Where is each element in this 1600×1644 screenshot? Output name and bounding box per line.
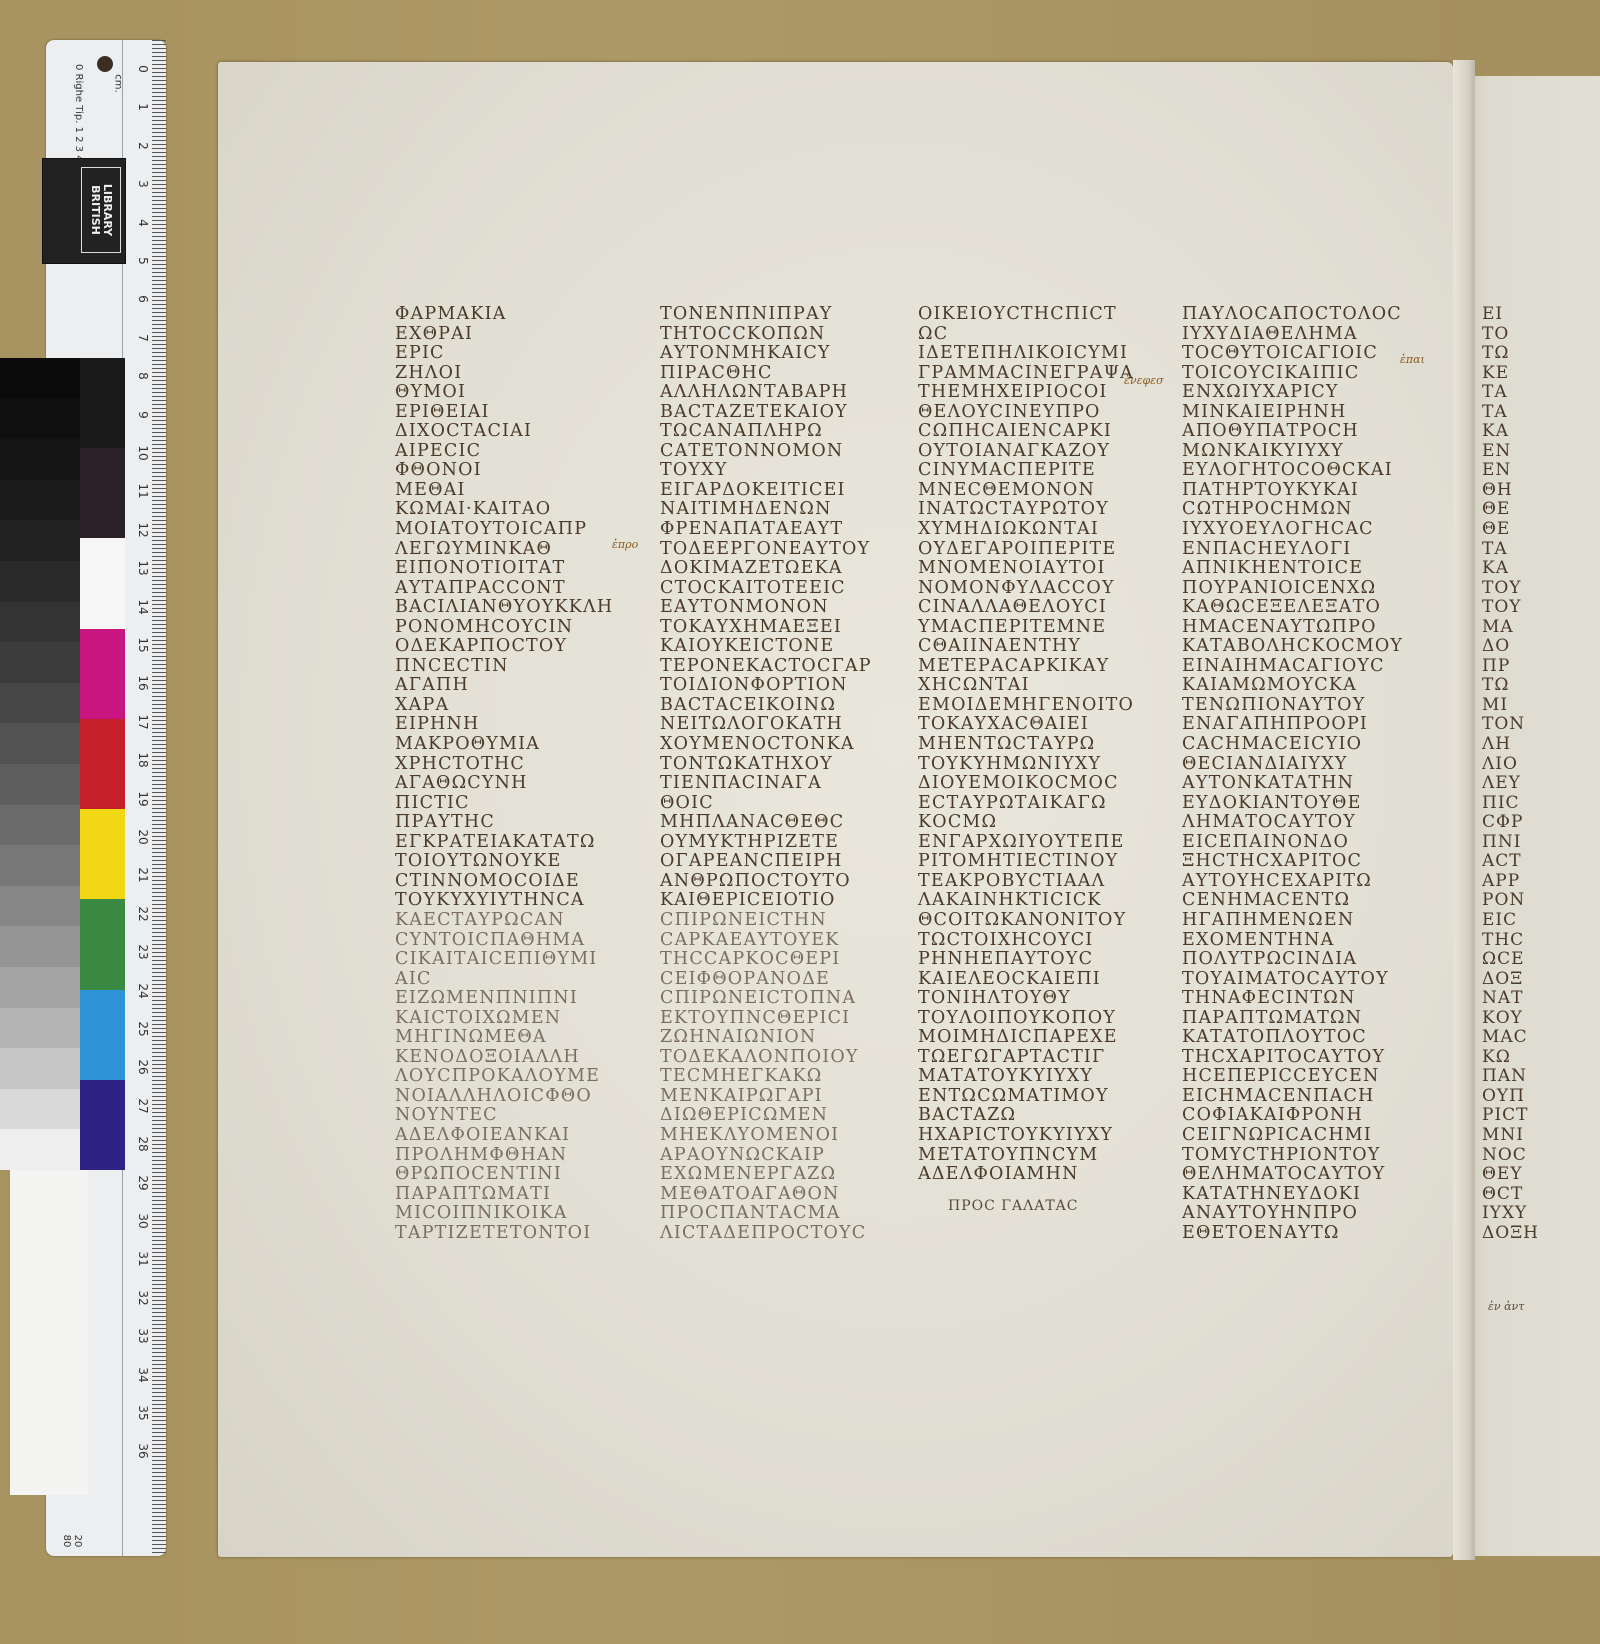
ruler-cm-tick: 36 (136, 1439, 150, 1463)
manuscript-line: ΚΑΤΑΤΟΠΛΟΥΤΟϹ (1182, 1028, 1403, 1048)
gray-step (0, 1008, 80, 1049)
manuscript-line: ΤΗϹϹΑΡΚΟϹΘΕΡΙ (660, 950, 872, 970)
adjacent-folio-line: ΑϹΤ (1482, 852, 1600, 872)
british-library-label: LIBRARYBRITISH (42, 158, 126, 264)
color-patch-cyan (80, 990, 125, 1080)
manuscript-line: ΕΙΖΩΜΕΝΠΝΙΠΝΙ (395, 989, 613, 1009)
ruler-hole (97, 56, 113, 72)
manuscript-line: ΤΟΥΧΥ (660, 461, 872, 481)
manuscript-line: ΜΑΤΑΤΟΥΚΥΙΥΧΥ (918, 1067, 1134, 1087)
ruler-cm-tick: 29 (136, 1171, 150, 1195)
margin-note-3: ἐπαι (1400, 353, 1425, 366)
manuscript-line: ΠΙϹΤΙϹ (395, 794, 613, 814)
adjacent-folio-line: ΘΗ (1482, 481, 1600, 501)
manuscript-line: ΠΑΡΑΠΤΩΜΑΤΙ (395, 1185, 613, 1205)
manuscript-line: ΚΟϹΜΩ (918, 813, 1134, 833)
manuscript-line: ΧΡΗϹΤΟΤΗϹ (395, 755, 613, 775)
adjacent-folio-text: ΕΙΤΟΤΩΚΕΤΑΤΑΚΑΕΝΕΝΘΗΘΕΘΕΤΑΚΑΤΟΥΤΟΥΜΑΔΟΠΡ… (1482, 305, 1600, 1243)
manuscript-line: ΤΕΝΩΠΙΟΝΑΥΤΟΥ (1182, 696, 1403, 716)
ruler-cm-tick: 22 (136, 902, 150, 926)
manuscript-line: ΕΧΘΡΑΙ (395, 325, 613, 345)
manuscript-line: ΜΗΕΝΤΩϹΤΑΥΡΩ (918, 735, 1134, 755)
manuscript-line: ΓΡΑΜΜΑϹΙΝΕΓΡΑΨΑ (918, 364, 1134, 384)
manuscript-line: ϹΘΑΙΙΝΑΕΝΤΗΥ (918, 637, 1134, 657)
ruler-cm-tick: 15 (136, 633, 150, 657)
adjacent-folio-line: ΔΟ (1482, 637, 1600, 657)
manuscript-line: ΚΑΤΑΒΟΛΗϹΚΟϹΜΟΥ (1182, 637, 1403, 657)
manuscript-line: ΤΕϹΜΗΕΓΚΑΚΩ (660, 1067, 872, 1087)
manuscript-line: ΠΙΡΑϹΘΗϹ (660, 364, 872, 384)
manuscript-line: ΕΑΥΤΟΝΜΟΝΟΝ (660, 598, 872, 618)
manuscript-line: ΕΙΡΗΝΗ (395, 715, 613, 735)
adjacent-folio-line: ΤΑ (1482, 403, 1600, 423)
manuscript-line: ΔΙΩΘΕΡΙϹΩΜΕΝ (660, 1106, 872, 1126)
manuscript-line: ΒΑϹΤΑΖΕΤΕΚΑΙΟΥ (660, 403, 872, 423)
manuscript-line: ϹΩΤΗΡΟϹΗΜΩΝ (1182, 500, 1403, 520)
manuscript-line: ΚΑΙΑΜΩΜΟΥϹΚΑ (1182, 676, 1403, 696)
manuscript-line: ΠΡΟΛΗΜΦΘΗΑΝ (395, 1146, 613, 1166)
white-card-strip (10, 1170, 88, 1495)
gray-step (0, 480, 80, 521)
adjacent-folio-line: ΤΩ (1482, 676, 1600, 696)
manuscript-line: ΕΘΕΤΟΕΝΑΥΤΩ (1182, 1224, 1403, 1244)
manuscript-line: ΕΙΝΑΙΗΜΑϹΑΓΙΟΥϹ (1182, 657, 1403, 677)
color-patch-magenta (80, 629, 125, 719)
manuscript-line: ΙΥΧΥΟΕΥΛΟΓΗϹΑϹ (1182, 520, 1403, 540)
manuscript-line: ΠΡΑΥΤΗϹ (395, 813, 613, 833)
manuscript-line: ΒΑϹΤΑΖΩ (918, 1106, 1134, 1126)
manuscript-line: ϹΤΙΝΝΟΜΟϹΟΙΔΕ (395, 872, 613, 892)
manuscript-line: ΗΧΑΡΙϹΤΟΥΚΥΙΥΧΥ (918, 1126, 1134, 1146)
manuscript-line: ΧΥΜΗΔΙΩΚΩΝΤΑΙ (918, 520, 1134, 540)
manuscript-line: ϹΙΝΥΜΑϹΠΕΡΙΤΕ (918, 461, 1134, 481)
manuscript-line: ΑΔΕΛΦΟΙΕΑΝΚΑΙ (395, 1126, 613, 1146)
color-patch-white (80, 538, 125, 628)
ruler-cm-tick: 3 (136, 172, 150, 196)
manuscript-line: ΕΙϹΗΜΑϹΕΝΠΑϹΗ (1182, 1087, 1403, 1107)
manuscript-line: ΚΕΝΟΔΟΞΟΙΑΛΛΗ (395, 1048, 613, 1068)
adjacent-folio-line: ΚΕ (1482, 364, 1600, 384)
adjacent-folio-line: ΡΟΝ (1482, 891, 1600, 911)
adjacent-folio-line: ΔΟΞ (1482, 970, 1600, 990)
manuscript-line: ΑΥΤΟΝΚΑΤΑΤΗΝ (1182, 774, 1403, 794)
manuscript-line: ΠΟΛΥΤΡΩϹΙΝΔΙΑ (1182, 950, 1403, 970)
adjacent-folio-line: ΔΟΞΗ (1482, 1224, 1600, 1244)
manuscript-line: ΝΟΜΟΝΦΥΛΑϹϹΟΥ (918, 579, 1134, 599)
manuscript-line: ΘΥΜΟΙ (395, 383, 613, 403)
ruler-cm-tick: 7 (136, 326, 150, 350)
adjacent-folio-line: ΘΕΥ (1482, 1165, 1600, 1185)
margin-note-1: ἐπρο (612, 538, 638, 551)
gray-step (0, 602, 80, 643)
manuscript-line: ΑΥΤΟΥΗϹΕΧΑΡΙΤΩ (1182, 872, 1403, 892)
adjacent-folio-line: ΕΝ (1482, 442, 1600, 462)
manuscript-line: ΗΓΑΠΗΜΕΝΩΕΝ (1182, 911, 1403, 931)
gray-step (0, 805, 80, 846)
adjacent-folio-line: ΩϹΕ (1482, 950, 1600, 970)
gray-step (0, 520, 80, 561)
color-patch-black (80, 358, 125, 448)
ruler-small-scale-label: 0 Righe Tip. 1 2 3 4 (73, 64, 84, 162)
manuscript-line: ΤΩΕΓΩΓΑΡΤΑϹΤΙΓ (918, 1048, 1134, 1068)
manuscript-line: ΑΙΡΕϹΙϹ (395, 442, 613, 462)
adjacent-folio-line: ΛΙΟ (1482, 755, 1600, 775)
manuscript-line: ΡΗΝΗΕΠΑΥΤΟΥϹ (918, 950, 1134, 970)
adjacent-folio-line: ΟΥΠ (1482, 1087, 1600, 1107)
manuscript-line: ΜΕΝΚΑΙΡΩΓΑΡΙ (660, 1087, 872, 1107)
manuscript-line: ΜΗΠΛΑΝΑϹΘΕΘϹ (660, 813, 872, 833)
manuscript-line: ΕΙϹΕΠΑΙΝΟΝΔΟ (1182, 833, 1403, 853)
gray-step (0, 723, 80, 764)
color-calibration-target (0, 358, 125, 1170)
manuscript-line: ΑΝΑΥΤΟΥΗΝΠΡΟ (1182, 1204, 1403, 1224)
manuscript-line: ΤΟΥΚΥΗΜΩΝΙΥΧΥ (918, 755, 1134, 775)
ruler-cm-tick: 24 (136, 979, 150, 1003)
ruler-cm-tick: 2 (136, 134, 150, 158)
gray-step (0, 926, 80, 967)
manuscript-line: ΜΙϹΟΙΠΝΙΚΟΙΚΑ (395, 1204, 613, 1224)
gray-step (0, 886, 80, 927)
manuscript-line: ΦΑΡΜΑΚΙΑ (395, 305, 613, 325)
ruler-cm-tick: 1 (136, 95, 150, 119)
manuscript-line: ΕΝΑΓΑΠΗΠΡΟΟΡΙ (1182, 715, 1403, 735)
manuscript-line: ΡΟΝΟΜΗϹΟΥϹΙΝ (395, 618, 613, 638)
manuscript-line: ΛΗΜΑΤΟϹΑΥΤΟΥ (1182, 813, 1403, 833)
manuscript-line: ΤΟΜΥϹΤΗΡΙΟΝΤΟΥ (1182, 1146, 1403, 1166)
manuscript-line: ϹΩΠΗϹΑΙΕΝϹΑΡΚΙ (918, 422, 1134, 442)
manuscript-line: ΤΟΝΕΝΠΝΙΠΡΑΥ (660, 305, 872, 325)
adjacent-folio-line: ΤΟΥ (1482, 598, 1600, 618)
manuscript-line: ΔΟΚΙΜΑΖΕΤΩΕΚΑ (660, 559, 872, 579)
manuscript-line: ΩϹ (918, 325, 1134, 345)
manuscript-line: ΜΗΕΚΛΥΟΜΕΝΟΙ (660, 1126, 872, 1146)
manuscript-line: ΤΕΡΟΝΕΚΑϹΤΟϹΓΑΡ (660, 657, 872, 677)
adjacent-folio-line: ΠΑΝ (1482, 1067, 1600, 1087)
manuscript-line: ΤΟΙΔΙΟΝΦΟΡΤΙΟΝ (660, 676, 872, 696)
manuscript-line: ΜΟΙΑΤΟΥΤΟΙϹΑΠΡ (395, 520, 613, 540)
manuscript-line: ΤΟΚΑΥΧΗΜΑΕΞΕΙ (660, 618, 872, 638)
manuscript-line: ΜΕΤΕΡΑϹΑΡΚΙΚΑΥ (918, 657, 1134, 677)
manuscript-line: ΤΙΕΝΠΑϹΙΝΑΓΑ (660, 774, 872, 794)
manuscript-line: ΙΝΑΤΩϹΤΑΥΡΩΤΟΥ (918, 500, 1134, 520)
ruler-cm-tick: 19 (136, 787, 150, 811)
manuscript-line: ΕΙΠΟΝΟΤΙΟΙΤΑΤ (395, 559, 613, 579)
manuscript-line: ΒΑϹΙΛΙΑΝΘΥΟΥΚΚΛΗ (395, 598, 613, 618)
manuscript-line: ΑΠΝΙΚΗΕΝΤΟΙϹΕ (1182, 559, 1403, 579)
book-subscription: ΠΡΟϹ ΓΑΛΑΤΑϹ (948, 1198, 1078, 1214)
adjacent-folio-line: ΤΟ (1482, 325, 1600, 345)
manuscript-line: ΘΕΛΗΜΑΤΟϹΑΥΤΟΥ (1182, 1165, 1403, 1185)
manuscript-line: ΛΕΓΩΥΜΙΝΚΑΘ (395, 540, 613, 560)
manuscript-line: ϹΠΙΡΩΝΕΙϹΤΟΠΝΑ (660, 989, 872, 1009)
ruler-cm-tick: 30 (136, 1209, 150, 1233)
manuscript-line: ΠΟΥΡΑΝΙΟΙϹΕΝΧΩ (1182, 579, 1403, 599)
manuscript-line: ϹΑΤΕΤΟΝΝΟΜΟΝ (660, 442, 872, 462)
manuscript-line: ΕΥΛΟΓΗΤΟϹΟΘϹΚΑΙ (1182, 461, 1403, 481)
manuscript-line: ΛΟΥϹΠΡΟΚΑΛΟΥΜΕ (395, 1067, 613, 1087)
gray-step (0, 439, 80, 480)
manuscript-line: ΦΘΟΝΟΙ (395, 461, 613, 481)
manuscript-line: ΕΡΙΘΕΙΑΙ (395, 403, 613, 423)
manuscript-line: ΜΕΘΑΙ (395, 481, 613, 501)
ruler-cm-tick: 5 (136, 249, 150, 273)
manuscript-line: ΞΗϹΤΗϹΧΑΡΙΤΟϹ (1182, 852, 1403, 872)
ruler-cm-tick: 8 (136, 364, 150, 388)
color-patch-red (80, 719, 125, 809)
adjacent-folio-line: ϹΦΡ (1482, 813, 1600, 833)
gray-step (0, 1089, 80, 1130)
ruler-bottom-label: 20 80 (61, 1529, 83, 1553)
ruler-cm-tick: 14 (136, 595, 150, 619)
manuscript-line: ΘΡΩΠΟϹΕΝΤΙΝΙ (395, 1165, 613, 1185)
manuscript-line: ΤΟΙϹΟΥϹΙΚΑΙΠΙϹ (1182, 364, 1403, 384)
ruler-cm-tick: 23 (136, 940, 150, 964)
manuscript-line: ΜΩΝΚΑΙΚΥΙΥΧΥ (1182, 442, 1403, 462)
ruler-cm-tick: 35 (136, 1401, 150, 1425)
manuscript-line: ΟΥΔΕΓΑΡΟΙΠΕΡΙΤΕ (918, 540, 1134, 560)
manuscript-line: ϹΠΙΡΩΝΕΙϹΤΗΝ (660, 911, 872, 931)
manuscript-line: ΑΥΤΑΠΡΑϹϹΟΝΤ (395, 579, 613, 599)
manuscript-line: ΧΑΡΑ (395, 696, 613, 716)
manuscript-line: ΜΕΤΑΤΟΥΠΝϹΥΜ (918, 1146, 1134, 1166)
color-patch-blue (80, 1080, 125, 1170)
ruler-cm-tick: 31 (136, 1247, 150, 1271)
text-column-1: ΦΑΡΜΑΚΙΑΕΧΘΡΑΙΕΡΙϹΖΗΛΟΙΘΥΜΟΙΕΡΙΘΕΙΑΙΔΙΧΟ… (395, 305, 613, 1243)
manuscript-line: ΜΝΟΜΕΝΟΙΑΥΤΟΙ (918, 559, 1134, 579)
manuscript-line: ΚΩΜΑΙ·ΚΑΙΤΑΟ (395, 500, 613, 520)
manuscript-line: ΤΟΝΙΗΛΤΟΥΘΥ (918, 989, 1134, 1009)
adjacent-folio-line: ΜΑ (1482, 618, 1600, 638)
ruler-cm-tick: 25 (136, 1017, 150, 1041)
manuscript-line: ΕΥΔΟΚΙΑΝΤΟΥΘΕ (1182, 794, 1403, 814)
manuscript-line: ΖΩΗΝΑΙΩΝΙΟΝ (660, 1028, 872, 1048)
manuscript-line: ΑΓΑΠΗ (395, 676, 613, 696)
manuscript-line: ΕΧΩΜΕΝΕΡΓΑΖΩ (660, 1165, 872, 1185)
manuscript-line: ϹΥΝΤΟΙϹΠΑΘΗΜΑ (395, 931, 613, 951)
ruler-cm-tick: 26 (136, 1055, 150, 1079)
manuscript-line: ΤΟϹΘΥΤΟΙϹΑΓΙΟΙϹ (1182, 344, 1403, 364)
adjacent-folio-line: ΛΕΥ (1482, 774, 1600, 794)
manuscript-line: ϹΕΙΦΘΟΡΑΝΟΔΕ (660, 970, 872, 990)
manuscript-line: ΑΠΟΘΥΠΑΤΡΟϹΗ (1182, 422, 1403, 442)
manuscript-line: ΟΙΚΕΙΟΥϹΤΗϹΠΙϹΤ (918, 305, 1134, 325)
ruler-cm-tick: 9 (136, 403, 150, 427)
manuscript-line: ΚΑΤΑΤΗΝΕΥΔΟΚΙ (1182, 1185, 1403, 1205)
manuscript-line: ΤΕΑΚΡΟΒΥϹΤΙΑΑΛ (918, 872, 1134, 892)
label-line-2: BRITISH (89, 185, 102, 235)
gray-step (0, 642, 80, 683)
adjacent-folio-line: ΡΙϹΤ (1482, 1106, 1600, 1126)
adjacent-folio-line: ΜΙ (1482, 696, 1600, 716)
manuscript-line: ΜΕΘΑΤΟΑΓΑΘΟΝ (660, 1185, 872, 1205)
gray-step (0, 358, 80, 399)
adjacent-folio-line: ΕΝ (1482, 461, 1600, 481)
manuscript-line: ΥΜΑϹΠΕΡΙΤΕΜΝΕ (918, 618, 1134, 638)
ruler-unit-label: cm. (113, 72, 124, 96)
manuscript-line: ΘϹΟΙΤΩΚΑΝΟΝΙΤΟΥ (918, 911, 1134, 931)
manuscript-line: ΒΑϹΤΑϹΕΙΚΟΙΝΩ (660, 696, 872, 716)
manuscript-line: ΚΑΘΩϹΕΞΕΛΕΞΑΤΟ (1182, 598, 1403, 618)
manuscript-line: ΠΑΡΑΠΤΩΜΑΤΩΝ (1182, 1009, 1403, 1029)
adjacent-folio-line: ΠΙϹ (1482, 794, 1600, 814)
manuscript-line: ΛΑΚΑΙΝΗΚΤΙϹΙϹΚ (918, 891, 1134, 911)
adjacent-folio-line: ΘΕ (1482, 520, 1600, 540)
adjacent-folio-line: ΛΗ (1482, 735, 1600, 755)
manuscript-line: ϹΑϹΗΜΑϹΕΙϹΥΙΟ (1182, 735, 1403, 755)
manuscript-line: ΤΗΝΑΦΕϹΙΝΤΩΝ (1182, 989, 1403, 1009)
manuscript-line: ΑΓΑΘΩϹΥΝΗ (395, 774, 613, 794)
color-patch-strip (80, 358, 125, 1170)
manuscript-line: ΕΙΓΑΡΔΟΚΕΙΤΙϹΕΙ (660, 481, 872, 501)
manuscript-line: ΚΑΙΕΛΕΟϹΚΑΙΕΠΙ (918, 970, 1134, 990)
manuscript-line: ΕΝΤΩϹΩΜΑΤΙΜΟΥ (918, 1087, 1134, 1107)
manuscript-line: ΙΔΕΤΕΠΗΛΙΚΟΙϹΥΜΙ (918, 344, 1134, 364)
adjacent-folio-line: ΠΝΙ (1482, 833, 1600, 853)
color-patch-dark-brown (80, 448, 125, 538)
ruler-cm-tick: 11 (136, 479, 150, 503)
manuscript-line: ΕΡΙϹ (395, 344, 613, 364)
adjacent-folio-line: ΤΟΥ (1482, 579, 1600, 599)
manuscript-line: ΕΜΟΙΔΕΜΗΓΕΝΟΙΤΟ (918, 696, 1134, 716)
manuscript-line: ΠΝϹΕϹΤΙΝ (395, 657, 613, 677)
manuscript-line: ΚΑΙΘΕΡΙϹΕΙΟΤΙΟ (660, 891, 872, 911)
ruler-ticks (152, 40, 166, 1556)
gray-step (0, 561, 80, 602)
gray-step (0, 967, 80, 1008)
text-column-2: ΤΟΝΕΝΠΝΙΠΡΑΥΤΗΤΟϹϹΚΟΠΩΝΑΥΤΟΝΜΗΚΑΙϹΥΠΙΡΑϹ… (660, 305, 872, 1243)
ruler-cm-tick: 27 (136, 1094, 150, 1118)
manuscript-line: ΝΑΙΤΙΜΗΔΕΝΩΝ (660, 500, 872, 520)
adjacent-folio-line: ΠΡ (1482, 657, 1600, 677)
manuscript-line: ΕΓΚΡΑΤΕΙΑΚΑΤΑΤΩ (395, 833, 613, 853)
manuscript-line: ΗΜΑϹΕΝΑΥΤΩΠΡΟ (1182, 618, 1403, 638)
manuscript-line: ΕΝΧΩΙΥΧΑΡΙϹΥ (1182, 383, 1403, 403)
manuscript-line: ΝΕΙΤΩΛΟΓΟΚΑΤΗ (660, 715, 872, 735)
manuscript-line: ΑΙϹ (395, 970, 613, 990)
gray-step (0, 845, 80, 886)
manuscript-line: ΘΕΛΟΥϹΙΝΕΥΠΡΟ (918, 403, 1134, 423)
gray-step (0, 399, 80, 440)
manuscript-line: ΠΑΤΗΡΤΟΥΚΥΚΑΙ (1182, 481, 1403, 501)
adjacent-folio-line: ΝΑΤ (1482, 989, 1600, 1009)
adjacent-folio-line: ΤΟΝ (1482, 715, 1600, 735)
adjacent-folio-line: ΤΑ (1482, 383, 1600, 403)
manuscript-line: ΑΥΤΟΝΜΗΚΑΙϹΥ (660, 344, 872, 364)
manuscript-line: ΤΟΥΚΥΧΥΙΥΤΗΝϹΑ (395, 891, 613, 911)
manuscript-line: ΜΝΕϹΘΕΜΟΝΟΝ (918, 481, 1134, 501)
manuscript-line: ΕΝΠΑϹΗΕΥΛΟΓΙ (1182, 540, 1403, 560)
ruler-cm-tick: 17 (136, 710, 150, 734)
adjacent-folio-note: ἐν ἀντ (1488, 1300, 1524, 1313)
adjacent-folio-line: ΤΗϹ (1482, 931, 1600, 951)
manuscript-line: ΜΙΝΚΑΙΕΙΡΗΝΗ (1182, 403, 1403, 423)
manuscript-line: ΑΔΕΛΦΟΙΑΜΗΝ (918, 1165, 1134, 1185)
adjacent-folio-line: ΙΥΧΥ (1482, 1204, 1600, 1224)
ruler-cm-tick: 0 (136, 57, 150, 81)
manuscript-line: ΝΟΥΝΤΕϹ (395, 1106, 613, 1126)
manuscript-line: ΜΗΓΙΝΩΜΕΘΑ (395, 1028, 613, 1048)
manuscript-line: ΔΙΧΟϹΤΑϹΙΑΙ (395, 422, 613, 442)
adjacent-folio-line: ΚΩ (1482, 1048, 1600, 1068)
gray-scale-strip (0, 358, 80, 1170)
manuscript-line: ϹΙΚΑΙΤΑΙϹΕΠΙΘΥΜΙ (395, 950, 613, 970)
gray-step (0, 683, 80, 724)
manuscript-line: ϹΟΦΙΑΚΑΙΦΡΟΝΗ (1182, 1106, 1403, 1126)
manuscript-line: ΕΝΓΑΡΧΩΙΥΟΥΤΕΠΕ (918, 833, 1134, 853)
manuscript-line: ϹΤΟϹΚΑΙΤΟΤΕΕΙϹ (660, 579, 872, 599)
manuscript-line: ΕΚΤΟΥΠΝϹΘΕΡΙϹΙ (660, 1009, 872, 1029)
adjacent-folio-line: ΑΡΡ (1482, 872, 1600, 892)
manuscript-line: ΘΟΙϹ (660, 794, 872, 814)
ruler-cm-tick: 20 (136, 825, 150, 849)
adjacent-folio-line: ΚΑ (1482, 559, 1600, 579)
gray-step (0, 764, 80, 805)
manuscript-line: ΟΓΑΡΕΑΝϹΠΕΙΡΗ (660, 852, 872, 872)
ruler-cm-tick: 12 (136, 518, 150, 542)
manuscript-line: ΧΗϹΩΝΤΑΙ (918, 676, 1134, 696)
manuscript-line: ΚΑΕϹΤΑΥΡΩϹΑΝ (395, 911, 613, 931)
manuscript-line: ΤΟΚΑΥΧΑϹΘΑΙΕΙ (918, 715, 1134, 735)
color-patch-green (80, 899, 125, 989)
manuscript-line: ΚΑΙΟΥΚΕΙϹΤΟΝΕ (660, 637, 872, 657)
manuscript-line: ΚΑΙϹΤΟΙΧΩΜΕΝ (395, 1009, 613, 1029)
label-line-1: LIBRARY (101, 184, 114, 236)
ruler-cm-tick: 32 (136, 1286, 150, 1310)
manuscript-line: ΤΟΥΛΟΙΠΟΥΚΟΠΟΥ (918, 1009, 1134, 1029)
text-column-4: ΠΑΥΛΟϹΑΠΟϹΤΟΛΟϹΙΥΧΥΔΙΑΘΕΛΗΜΑΤΟϹΘΥΤΟΙϹΑΓΙ… (1182, 305, 1403, 1243)
manuscript-line: ΤΗΤΟϹϹΚΟΠΩΝ (660, 325, 872, 345)
ruler-cm-tick: 18 (136, 748, 150, 772)
manuscript-line: ΠΡΟϹΠΑΝΤΑϹΜΑ (660, 1204, 872, 1224)
margin-note-2: ἐνεφεσ (1124, 374, 1164, 387)
adjacent-folio-line: ΚΟΥ (1482, 1009, 1600, 1029)
manuscript-line: ΟΔΕΚΑΡΠΟϹΤΟΥ (395, 637, 613, 657)
manuscript-line: ΟΥΜΥΚΤΗΡΙΖΕΤΕ (660, 833, 872, 853)
manuscript-line: ΤΩϹΑΝΑΠΛΗΡΩ (660, 422, 872, 442)
manuscript-line: ΤΑΡΤΙΖΕΤΕΤΟΝΤΟΙ (395, 1224, 613, 1244)
adjacent-folio-line: ΚΑ (1482, 422, 1600, 442)
folio-gutter (1453, 60, 1475, 1560)
adjacent-folio-line: ΕΙϹ (1482, 911, 1600, 931)
manuscript-line: ϹΕΝΗΜΑϹΕΝΤΩ (1182, 891, 1403, 911)
manuscript-line: ϹΙΝΑΛΛΑΘΕΛΟΥϹΙ (918, 598, 1134, 618)
ruler-cm-tick: 28 (136, 1132, 150, 1156)
manuscript-line: ΖΗΛΟΙ (395, 364, 613, 384)
manuscript-line: ΕΧΟΜΕΝΤΗΝΑ (1182, 931, 1403, 951)
manuscript-line: ΟΥΤΟΙΑΝΑΓΚΑΖΟΥ (918, 442, 1134, 462)
manuscript-line: ΤΗϹΧΑΡΙΤΟϹΑΥΤΟΥ (1182, 1048, 1403, 1068)
manuscript-line: ΘΕϹΙΑΝΔΙΑΙΥΧΥ (1182, 755, 1403, 775)
ruler-cm-tick: 33 (136, 1324, 150, 1348)
manuscript-line: ΤΟΥΑΙΜΑΤΟϹΑΥΤΟΥ (1182, 970, 1403, 990)
ruler-cm-tick: 6 (136, 287, 150, 311)
manuscript-line: ΦΡΕΝΑΠΑΤΑΕΑΥΤ (660, 520, 872, 540)
manuscript-line: ΑΝΘΡΩΠΟϹΤΟΥΤΟ (660, 872, 872, 892)
manuscript-line: ϹΕΙΓΝΩΡΙϹΑϹΗΜΙ (1182, 1126, 1403, 1146)
manuscript-line: ΤΟΔΕΕΡΓΟΝΕΑΥΤΟΥ (660, 540, 872, 560)
manuscript-line: ΡΙΤΟΜΗΤΙΕϹΤΙΝΟΥ (918, 852, 1134, 872)
adjacent-folio-line: ΝΟϹ (1482, 1146, 1600, 1166)
adjacent-folio-line: ΜΝΙ (1482, 1126, 1600, 1146)
adjacent-folio-line: ΤΩ (1482, 344, 1600, 364)
text-column-3: ΟΙΚΕΙΟΥϹΤΗϹΠΙϹΤΩϹΙΔΕΤΕΠΗΛΙΚΟΙϹΥΜΙΓΡΑΜΜΑϹ… (918, 305, 1134, 1185)
adjacent-folio-line: ΜΑϹ (1482, 1028, 1600, 1048)
manuscript-line: ΑΡΑΟΥΝΩϹΚΑΙΡ (660, 1146, 872, 1166)
manuscript-line: ΑΛΛΗΛΩΝΤΑΒΑΡΗ (660, 383, 872, 403)
gray-step (0, 1048, 80, 1089)
adjacent-folio-line: ΘΕ (1482, 500, 1600, 520)
adjacent-folio-line: ΤΑ (1482, 540, 1600, 560)
